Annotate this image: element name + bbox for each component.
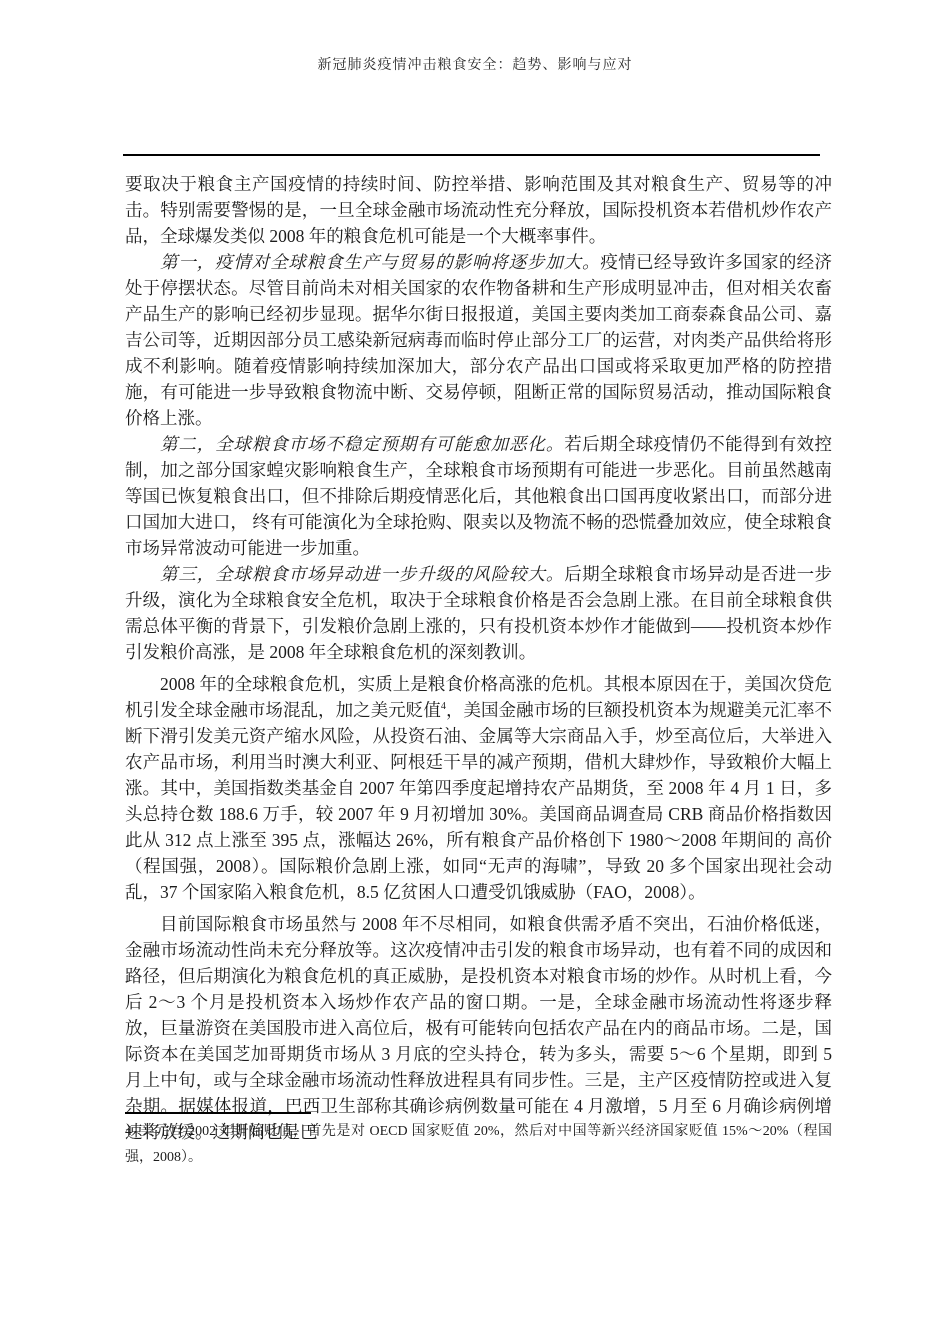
emphasis-lead-sentence: 第一，疫情对全球粮食生产与贸易的影响将逐步加大。 [160,252,600,272]
text-segment: 目前国际粮食市场虽然与 2008 年不尽相同，如粮食供需矛盾不突出，石油价格低迷… [125,914,832,1142]
paragraph: 目前国际粮食市场虽然与 2008 年不尽相同，如粮食供需矛盾不突出，石油价格低迷… [125,911,832,1145]
footnote-separator [125,1112,311,1114]
paragraph: 第二，全球粮食市场不稳定预期有可能愈加恶化。若后期全球疫情仍不能得到有效控制，加… [125,431,832,561]
paragraph: 要取决于粮食主产国疫情的持续时间、防控举措、影响范围及其对粮食生产、贸易等的冲击… [125,171,832,249]
document-page: 新冠肺炎疫情冲击粮食安全：趋势、影响与应对 要取决于粮食主产国疫情的持续时间、防… [0,0,950,1344]
text-segment: 疫情已经导致许多国家的经济处于停摆状态。尽管目前尚未对相关国家的农作物备耕和生产… [125,252,832,428]
footnote: 4美元自 2002 年开始贬值，首先是对 OECD 国家贬值 20%，然后对中国… [125,1119,832,1171]
footnote-area: 4美元自 2002 年开始贬值，首先是对 OECD 国家贬值 20%，然后对中国… [125,1112,832,1171]
paragraph: 第一，疫情对全球粮食生产与贸易的影响将逐步加大。疫情已经导致许多国家的经济处于停… [125,249,832,431]
paragraph: 第三，全球粮食市场异动进一步升级的风险较大。后期全球粮食市场异动是否进一步升级，… [125,561,832,665]
footnote-text: 美元自 2002 年开始贬值，首先是对 OECD 国家贬值 20%，然后对中国等… [125,1124,832,1165]
header-rule [123,154,820,156]
emphasis-lead-sentence: 第三，全球粮食市场异动进一步升级的风险较大。 [160,564,564,584]
emphasis-lead-sentence: 第二，全球粮食市场不稳定预期有可能愈加恶化。 [160,434,564,454]
page-header-title: 新冠肺炎疫情冲击粮食安全：趋势、影响与应对 [0,54,950,74]
body-paragraphs: 要取决于粮食主产国疫情的持续时间、防控举措、影响范围及其对粮食生产、贸易等的冲击… [125,171,832,1145]
text-segment: 要取决于粮食主产国疫情的持续时间、防控举措、影响范围及其对粮食生产、贸易等的冲击… [125,174,832,246]
footnote-marker: 4 [125,1124,132,1139]
paragraph: 2008 年的全球粮食危机，实质上是粮食价格高涨的危机。其根本原因在于，美国次贷… [125,671,832,905]
text-segment: ，美国金融市场的巨额投机资本为规避美元汇率不断下滑引发美元资产缩水风险，从投资石… [125,700,832,902]
